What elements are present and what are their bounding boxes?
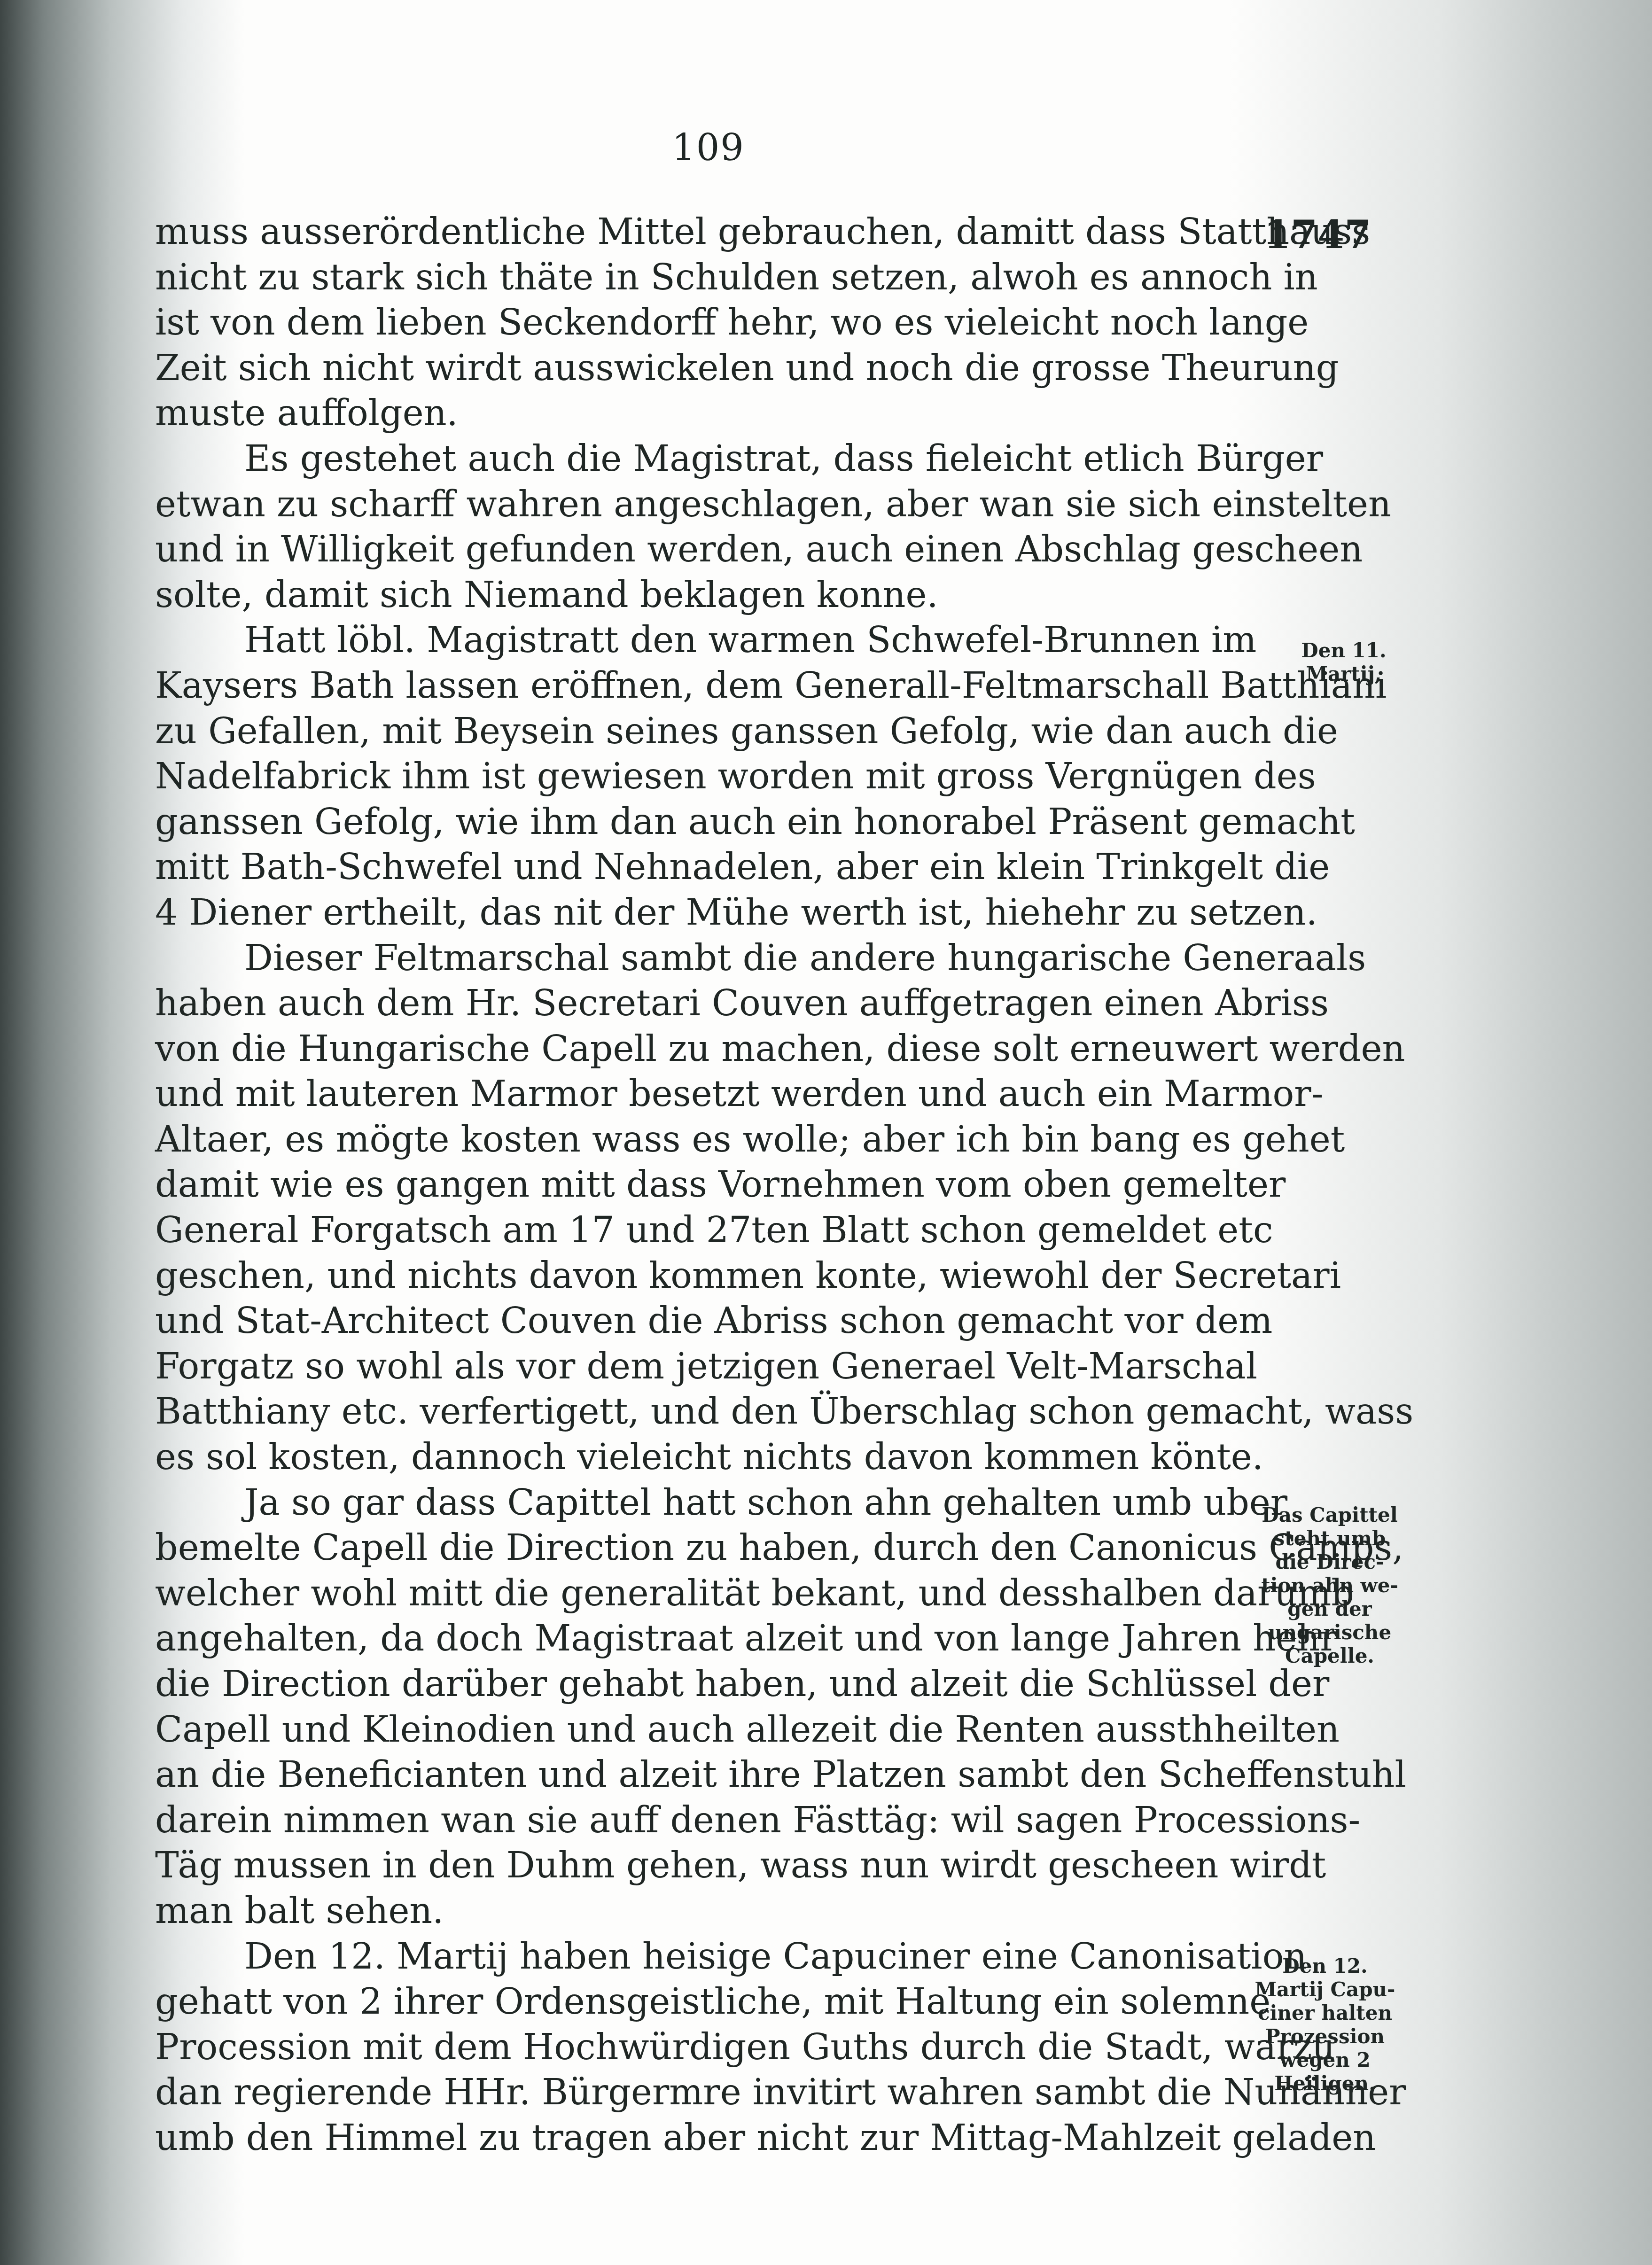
margin-note-line: ungarische [1236,1621,1424,1644]
margin-note-line: tion ahn we- [1236,1574,1424,1597]
text-line: Forgatz so wohl als vor dem jetzigen Gen… [155,1344,1245,1389]
text-line: muss ausserördentliche Mittel gebrauchen… [155,209,1245,255]
text-line: damit wie es gangen mitt dass Vornehmen … [155,1162,1245,1207]
margin-note-line: Capelle. [1236,1644,1424,1668]
margin-note-capittel: Das Capittel steht umb die Direc- tion a… [1236,1503,1424,1668]
text-line: von die Hungarische Capell zu machen, di… [155,1026,1245,1072]
margin-note-line: ciner halten [1231,2001,1419,2025]
text-line: man balt sehen. [155,1888,1245,1934]
text-line: ganssen Gefolg, wie ihm dan auch ein hon… [155,799,1245,845]
text-line: zu Gefallen, mit Beysein seines ganssen … [155,708,1245,754]
text-line: darein nimmen wan sie auff denen Fästtäg… [155,1798,1245,1843]
margin-note-line: gen der [1236,1597,1424,1621]
text-line: und mit lauteren Marmor besetzt werden u… [155,1071,1245,1117]
text-line: und in Willigkeit gefunden werden, auch … [155,527,1245,572]
text-line: Täg mussen in den Duhm gehen, wass nun w… [155,1843,1245,1888]
text-line: ist von dem lieben Seckendorff hehr, wo … [155,300,1245,345]
text-line: Altaer, es mögte kosten wass es wolle; a… [155,1117,1245,1162]
text-line: Hatt löbl. Magistratt den warmen Schwefe… [155,617,1245,663]
margin-note-line: wegen 2 [1231,2048,1419,2072]
text-line: es sol kosten, dannoch vieleicht nichts … [155,1434,1245,1480]
text-line: Batthiany etc. verfertigett, und den Übe… [155,1389,1245,1434]
margin-note-line: Martij, [1269,662,1419,686]
text-line: Kaysers Bath lassen eröffnen, dem Genera… [155,663,1245,708]
text-line: geschen, und nichts davon kommen konte, … [155,1253,1245,1299]
text-line: Den 12. Martij haben heisige Capuciner e… [155,1934,1245,1979]
paragraph: Es gestehet auch die Magistrat, dass fie… [155,436,1245,617]
margin-note-line: Martij Capu- [1231,1978,1419,2001]
paragraph: Den 12. Martij haben heisige Capuciner e… [155,1934,1245,2161]
text-line: Procession mit dem Hochwürdigen Guths du… [155,2024,1245,2070]
text-line: etwan zu scharff wahren angeschlagen, ab… [155,482,1245,527]
text-line: umb den Himmel zu tragen aber nicht zur … [155,2115,1245,2161]
margin-note-line: Das Capittel [1236,1503,1424,1527]
text-line: Ja so gar dass Capittel hatt schon ahn g… [155,1480,1245,1526]
text-line: Es gestehet auch die Magistrat, dass fie… [155,436,1245,482]
text-line: Capell und Kleinodien und auch allezeit … [155,1707,1245,1752]
margin-note-line: Den 11. [1269,639,1419,662]
paragraph: Hatt löbl. Magistratt den warmen Schwefe… [155,617,1245,935]
body-text: muss ausserördentliche Mittel gebrauchen… [155,209,1245,2161]
margin-note-den-12-martij: Den 12. Martij Capu- ciner halten Prozes… [1231,1954,1419,2095]
margin-note-den-11-martij: Den 11. Martij, [1269,639,1419,686]
text-line: dan regierende HHr. Bürgermre invitirt w… [155,2070,1245,2115]
text-line: die Direction darüber gehabt haben, und … [155,1661,1245,1707]
text-line: nicht zu stark sich thäte in Schulden se… [155,255,1245,300]
text-line: Nadelfabrick ihm ist gewiesen worden mit… [155,754,1245,799]
paragraph: Ja so gar dass Capittel hatt schon ahn g… [155,1480,1245,1934]
margin-note-line: Heiligen. [1231,2072,1419,2095]
text-line: Zeit sich nicht wirdt ausswickelen und n… [155,345,1245,391]
text-line: Dieser Feltmarschal sambt die andere hun… [155,935,1245,981]
text-line: haben auch dem Hr. Secretari Couven auff… [155,981,1245,1026]
text-line: an die Beneficianten und alzeit ihre Pla… [155,1752,1245,1798]
paragraph: muss ausserördentliche Mittel gebrauchen… [155,209,1245,436]
margin-note-line: Prozession [1231,2025,1419,2048]
text-line: solte, damit sich Niemand beklagen konne… [155,572,1245,618]
text-line: 4 Diener ertheilt, das nit der Mühe wert… [155,890,1245,935]
margin-note-line: die Direc- [1236,1550,1424,1574]
text-line: angehalten, da doch Magistraat alzeit un… [155,1616,1245,1661]
text-line: gehatt von 2 ihrer Ordensgeistliche, mit… [155,1979,1245,2024]
text-line: bemelte Capell die Direction zu haben, d… [155,1525,1245,1571]
paragraph: Dieser Feltmarschal sambt die andere hun… [155,935,1245,1480]
text-line: mitt Bath-Schwefel und Nehnadelen, aber … [155,844,1245,890]
text-line: und Stat-Architect Couven die Abriss sch… [155,1298,1245,1344]
margin-note-line: steht umb [1236,1527,1424,1550]
text-line: muste auffolgen. [155,390,1245,436]
margin-note-line: Den 12. [1231,1954,1419,1978]
page-number: 109 [672,127,745,169]
text-line: welcher wohl mitt die generalität bekant… [155,1571,1245,1616]
text-line: General Forgatsch am 17 und 27ten Blatt … [155,1207,1245,1253]
